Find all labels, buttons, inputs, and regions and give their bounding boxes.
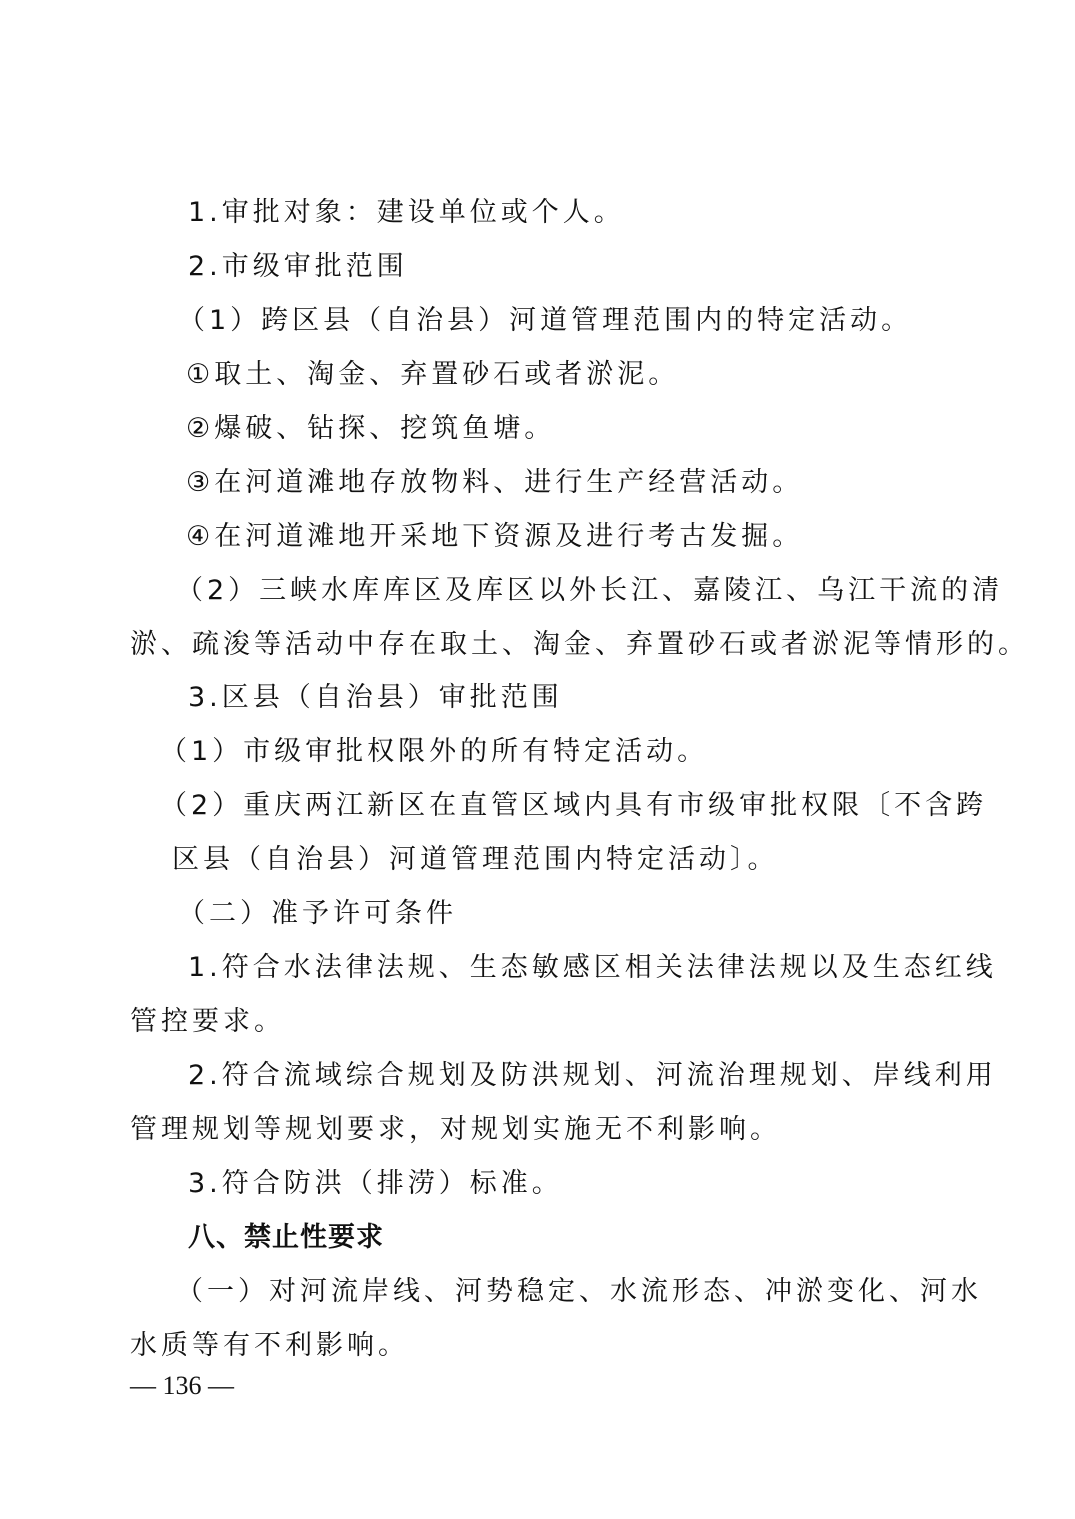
prohibition-1-line-1: （一）对河流岸线、河势稳定、水流形态、冲淤变化、河水 [176,1275,982,1309]
city-approval-scope-heading: 2.市级审批范围 [188,250,408,284]
prohibition-1-line-2: 水质等有不利影响。 [130,1329,409,1363]
cross-district-activities-line: （1）跨区县（自治县）河道管理范围内的特定活动。 [178,304,912,338]
condition-2-line-1: 2.符合流域综合规划及防洪规划、河流治理规划、岸线利用 [188,1059,997,1093]
district-scope-item-1: （1）市级审批权限外的所有特定活动。 [160,735,708,769]
condition-1-line-1: 1.符合水法律法规、生态敏感区相关法律法规以及生态红线 [188,951,997,985]
page-number: — 136 — [130,1371,234,1401]
section-heading-prohibitions: 八、禁止性要求 [188,1221,384,1255]
activity-item-3: ③在河道滩地存放物料、进行生产经营活动。 [186,466,803,500]
approval-target-line: 1.审批对象：建设单位或个人。 [188,196,625,230]
condition-1-line-2: 管控要求。 [130,1005,285,1039]
condition-3-line: 3.符合防洪（排涝）标准。 [188,1167,563,1201]
district-scope-item-2-line-2: 区县（自治县）河道管理范围内特定活动〕。 [172,843,779,877]
activity-item-1: ①取土、淘金、弃置砂石或者淤泥。 [186,358,679,392]
condition-2-line-2: 管理规划等规划要求，对规划实施无不利影响。 [130,1113,781,1147]
activity-item-4: ④在河道滩地开采地下资源及进行考古发掘。 [186,520,803,554]
district-approval-scope-heading: 3.区县（自治县）审批范围 [188,681,563,715]
three-gorges-line-2: 淤、疏浚等活动中存在取土、淘金、弃置砂石或者淤泥等情形的。 [130,628,1029,662]
activity-item-2: ②爆破、钻探、挖筑鱼塘。 [186,412,555,446]
district-scope-item-2-line-1: （2）重庆两江新区在直管区域内具有市级审批权限〔不含跨 [160,789,987,823]
three-gorges-line-1: （2）三峡水库库区及库区以外长江、嘉陵江、乌江干流的清 [176,574,1003,608]
permit-conditions-heading: （二）准予许可条件 [178,897,457,931]
document-page: 1.审批对象：建设单位或个人。 2.市级审批范围 （1）跨区县（自治县）河道管理… [0,0,1075,1519]
